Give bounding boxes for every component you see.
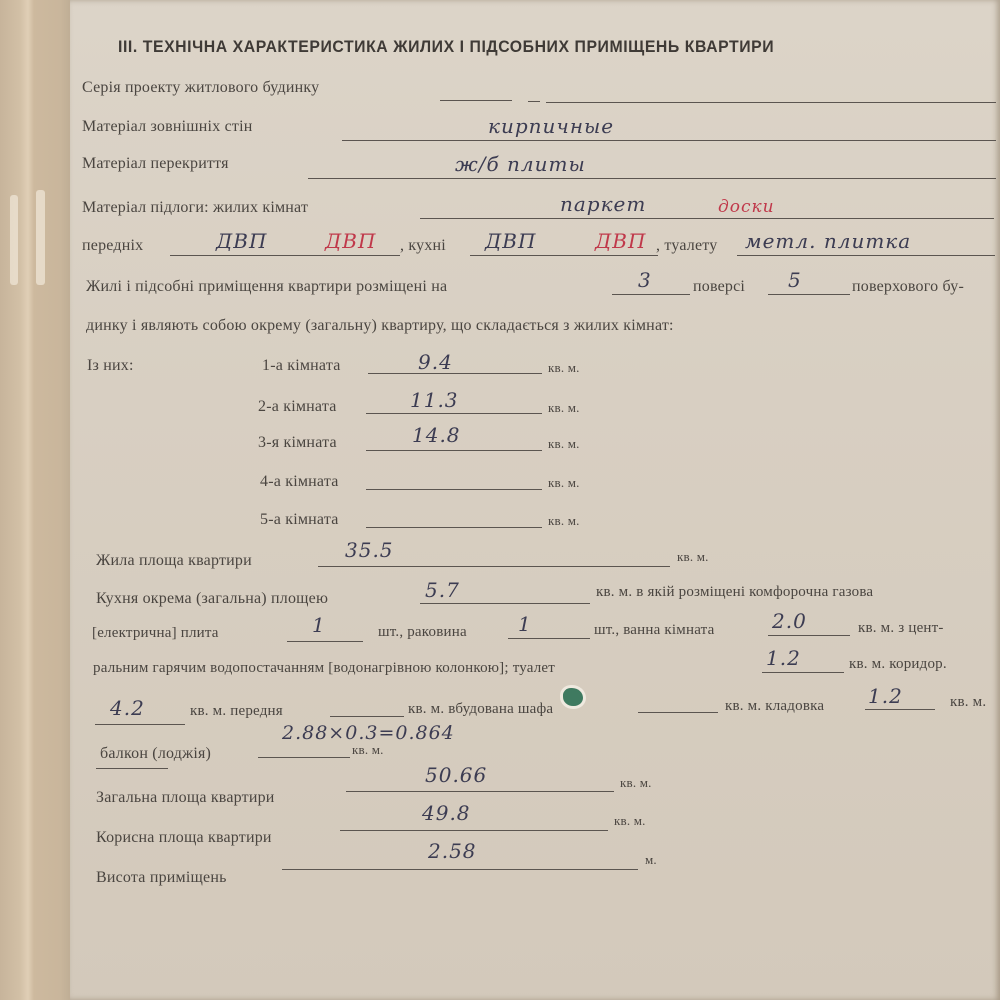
bath-unit: кв. м. з цент-	[858, 620, 944, 637]
water-label: ральним гарячим водопостачанням [водонаг…	[93, 660, 555, 677]
hall-floor-line	[170, 255, 400, 256]
room-3-value[interactable]: 14.8	[412, 423, 461, 447]
bath-line	[768, 635, 850, 636]
balcony-note[interactable]: 2.88×0.3=0.864	[282, 722, 455, 744]
stove-value[interactable]: 1	[312, 613, 326, 637]
room-2-value[interactable]: 11.3	[410, 388, 459, 412]
living-area-line	[318, 566, 670, 567]
sink-line	[508, 638, 590, 639]
floor-slab-value[interactable]: ж/б плиты	[455, 152, 586, 176]
series-field-line[interactable]	[440, 100, 512, 101]
living-area-label: Жила площа квартири	[96, 552, 252, 570]
room-2-unit: кв. м.	[548, 400, 580, 416]
living-area-unit: кв. м.	[677, 549, 709, 565]
kitchen-area-value[interactable]: 5.7	[425, 578, 460, 602]
stove-label: [електрична] плита	[92, 625, 219, 642]
hall-floor-red-value[interactable]: ДВП	[325, 229, 376, 253]
total-area-label: Загальна площа квартири	[96, 789, 275, 807]
sink-value[interactable]: 1	[518, 612, 532, 636]
floor-material-rooms-value[interactable]: паркет	[560, 192, 646, 216]
room-5-line	[366, 527, 542, 528]
toilet-area-unit: кв. м. коридор.	[849, 656, 947, 673]
bath-value[interactable]: 2.0	[772, 609, 807, 633]
wall-material-field-line	[342, 140, 996, 141]
total-area-line	[346, 791, 614, 792]
room-1-line	[368, 373, 542, 374]
stove-line	[287, 641, 363, 642]
room-1-label: 1-а кімната	[262, 357, 341, 375]
storage-line	[865, 709, 935, 710]
kitchen-floor-red-value[interactable]: ДВП	[595, 229, 646, 253]
balcony-line	[258, 757, 350, 758]
height-unit: м.	[645, 852, 657, 868]
location-text-2: поверсі	[693, 278, 745, 296]
room-2-line	[366, 413, 542, 414]
stove-unit: шт., раковина	[378, 624, 467, 641]
total-floors-value[interactable]: 5	[788, 268, 802, 292]
series-label: Серія проекту житлового будинку	[82, 79, 319, 97]
balcony-underline	[96, 768, 168, 769]
floor-slab-label: Матеріал перекриття	[82, 155, 229, 173]
room-4-line	[366, 489, 542, 490]
total-floors-line	[768, 294, 850, 295]
book-binding	[0, 0, 70, 1000]
binding-scuff	[36, 190, 45, 285]
room-3-line	[366, 450, 542, 451]
series-field-line	[546, 102, 996, 103]
living-area-value[interactable]: 35.5	[345, 538, 394, 562]
rooms-intro: Із них:	[87, 357, 134, 375]
sink-unit: шт., ванна кімната	[594, 622, 714, 639]
paper-damage-hole	[563, 688, 583, 706]
toilet-floor-value[interactable]: метл. плитка	[745, 229, 911, 253]
hall-area-unit: кв. м. вбудована шафа	[408, 701, 553, 718]
balcony-label: балкон (лоджія)	[100, 745, 211, 763]
balcony-unit: кв. м.	[352, 742, 384, 758]
closet-line	[638, 712, 718, 713]
room-2-label: 2-а кімната	[258, 398, 337, 416]
floor-material-rooms-line	[420, 218, 994, 219]
useful-area-value[interactable]: 49.8	[422, 801, 471, 825]
room-1-unit: кв. м.	[548, 360, 580, 376]
toilet-floor-line	[737, 255, 995, 256]
toilet-floor-label: , туалету	[656, 237, 717, 255]
room-3-label: 3-я кімната	[258, 434, 337, 452]
closet-unit: кв. м. кладовка	[725, 698, 824, 715]
room-4-unit: кв. м.	[548, 475, 580, 491]
hall-area-line	[330, 716, 404, 717]
room-4-label: 4-а кімната	[260, 473, 339, 491]
total-area-value[interactable]: 50.66	[425, 763, 487, 787]
floor-material-rooms-label: Матеріал підлоги: жилих кімнат	[82, 199, 308, 217]
useful-area-unit: кв. м.	[614, 813, 646, 829]
kitchen-floor-value[interactable]: ДВП	[485, 229, 536, 253]
useful-area-line	[340, 830, 608, 831]
total-area-unit: кв. м.	[620, 775, 652, 791]
toilet-area-value[interactable]: 1.2	[766, 646, 801, 670]
kitchen-area-label: Кухня окрема (загальна) площею	[96, 590, 328, 608]
corridor-value[interactable]: 4.2	[110, 696, 145, 720]
floor-number-value[interactable]: 3	[638, 268, 652, 292]
location-text-3: поверхового бу-	[852, 278, 964, 296]
location-text-4: динку і являють собою окрему (загальну) …	[86, 317, 674, 335]
binding-scuff	[10, 195, 18, 285]
hall-floor-label: передніх	[82, 237, 143, 255]
wall-material-label: Матеріал зовнішніх стін	[82, 118, 253, 136]
room-5-unit: кв. м.	[548, 513, 580, 529]
location-text-1: Жилі і підсобні приміщення квартири розм…	[86, 278, 447, 296]
height-value[interactable]: 2.58	[428, 839, 477, 863]
room-5-label: 5-а кімната	[260, 511, 339, 529]
room-3-unit: кв. м.	[548, 436, 580, 452]
series-field-line	[528, 101, 540, 102]
floor-material-rooms-red-value[interactable]: доски	[718, 197, 775, 217]
page-title: III. ТЕХНІЧНА ХАРАКТЕРИСТИКА ЖИЛИХ І ПІД…	[118, 37, 774, 57]
height-label: Висота приміщень	[96, 869, 227, 887]
floor-number-line	[612, 294, 690, 295]
kitchen-floor-label: , кухні	[400, 237, 446, 255]
corridor-unit: кв. м. передня	[190, 703, 283, 720]
kitchen-area-line	[420, 603, 590, 604]
storage-unit: кв. м.	[950, 694, 986, 711]
height-line	[282, 869, 638, 870]
storage-value[interactable]: 1.2	[868, 684, 903, 708]
wall-material-value[interactable]: кирпичные	[488, 114, 614, 138]
document-page	[70, 0, 1000, 1000]
useful-area-label: Корисна площа квартири	[96, 829, 272, 847]
toilet-area-line	[762, 672, 844, 673]
floor-slab-field-line	[308, 178, 996, 179]
room-1-value[interactable]: 9.4	[418, 350, 453, 374]
kitchen-floor-line	[470, 255, 658, 256]
corridor-line	[95, 724, 185, 725]
hall-floor-value[interactable]: ДВП	[216, 229, 267, 253]
kitchen-area-suffix: кв. м. в якій розміщені комфорочна газов…	[596, 584, 873, 601]
